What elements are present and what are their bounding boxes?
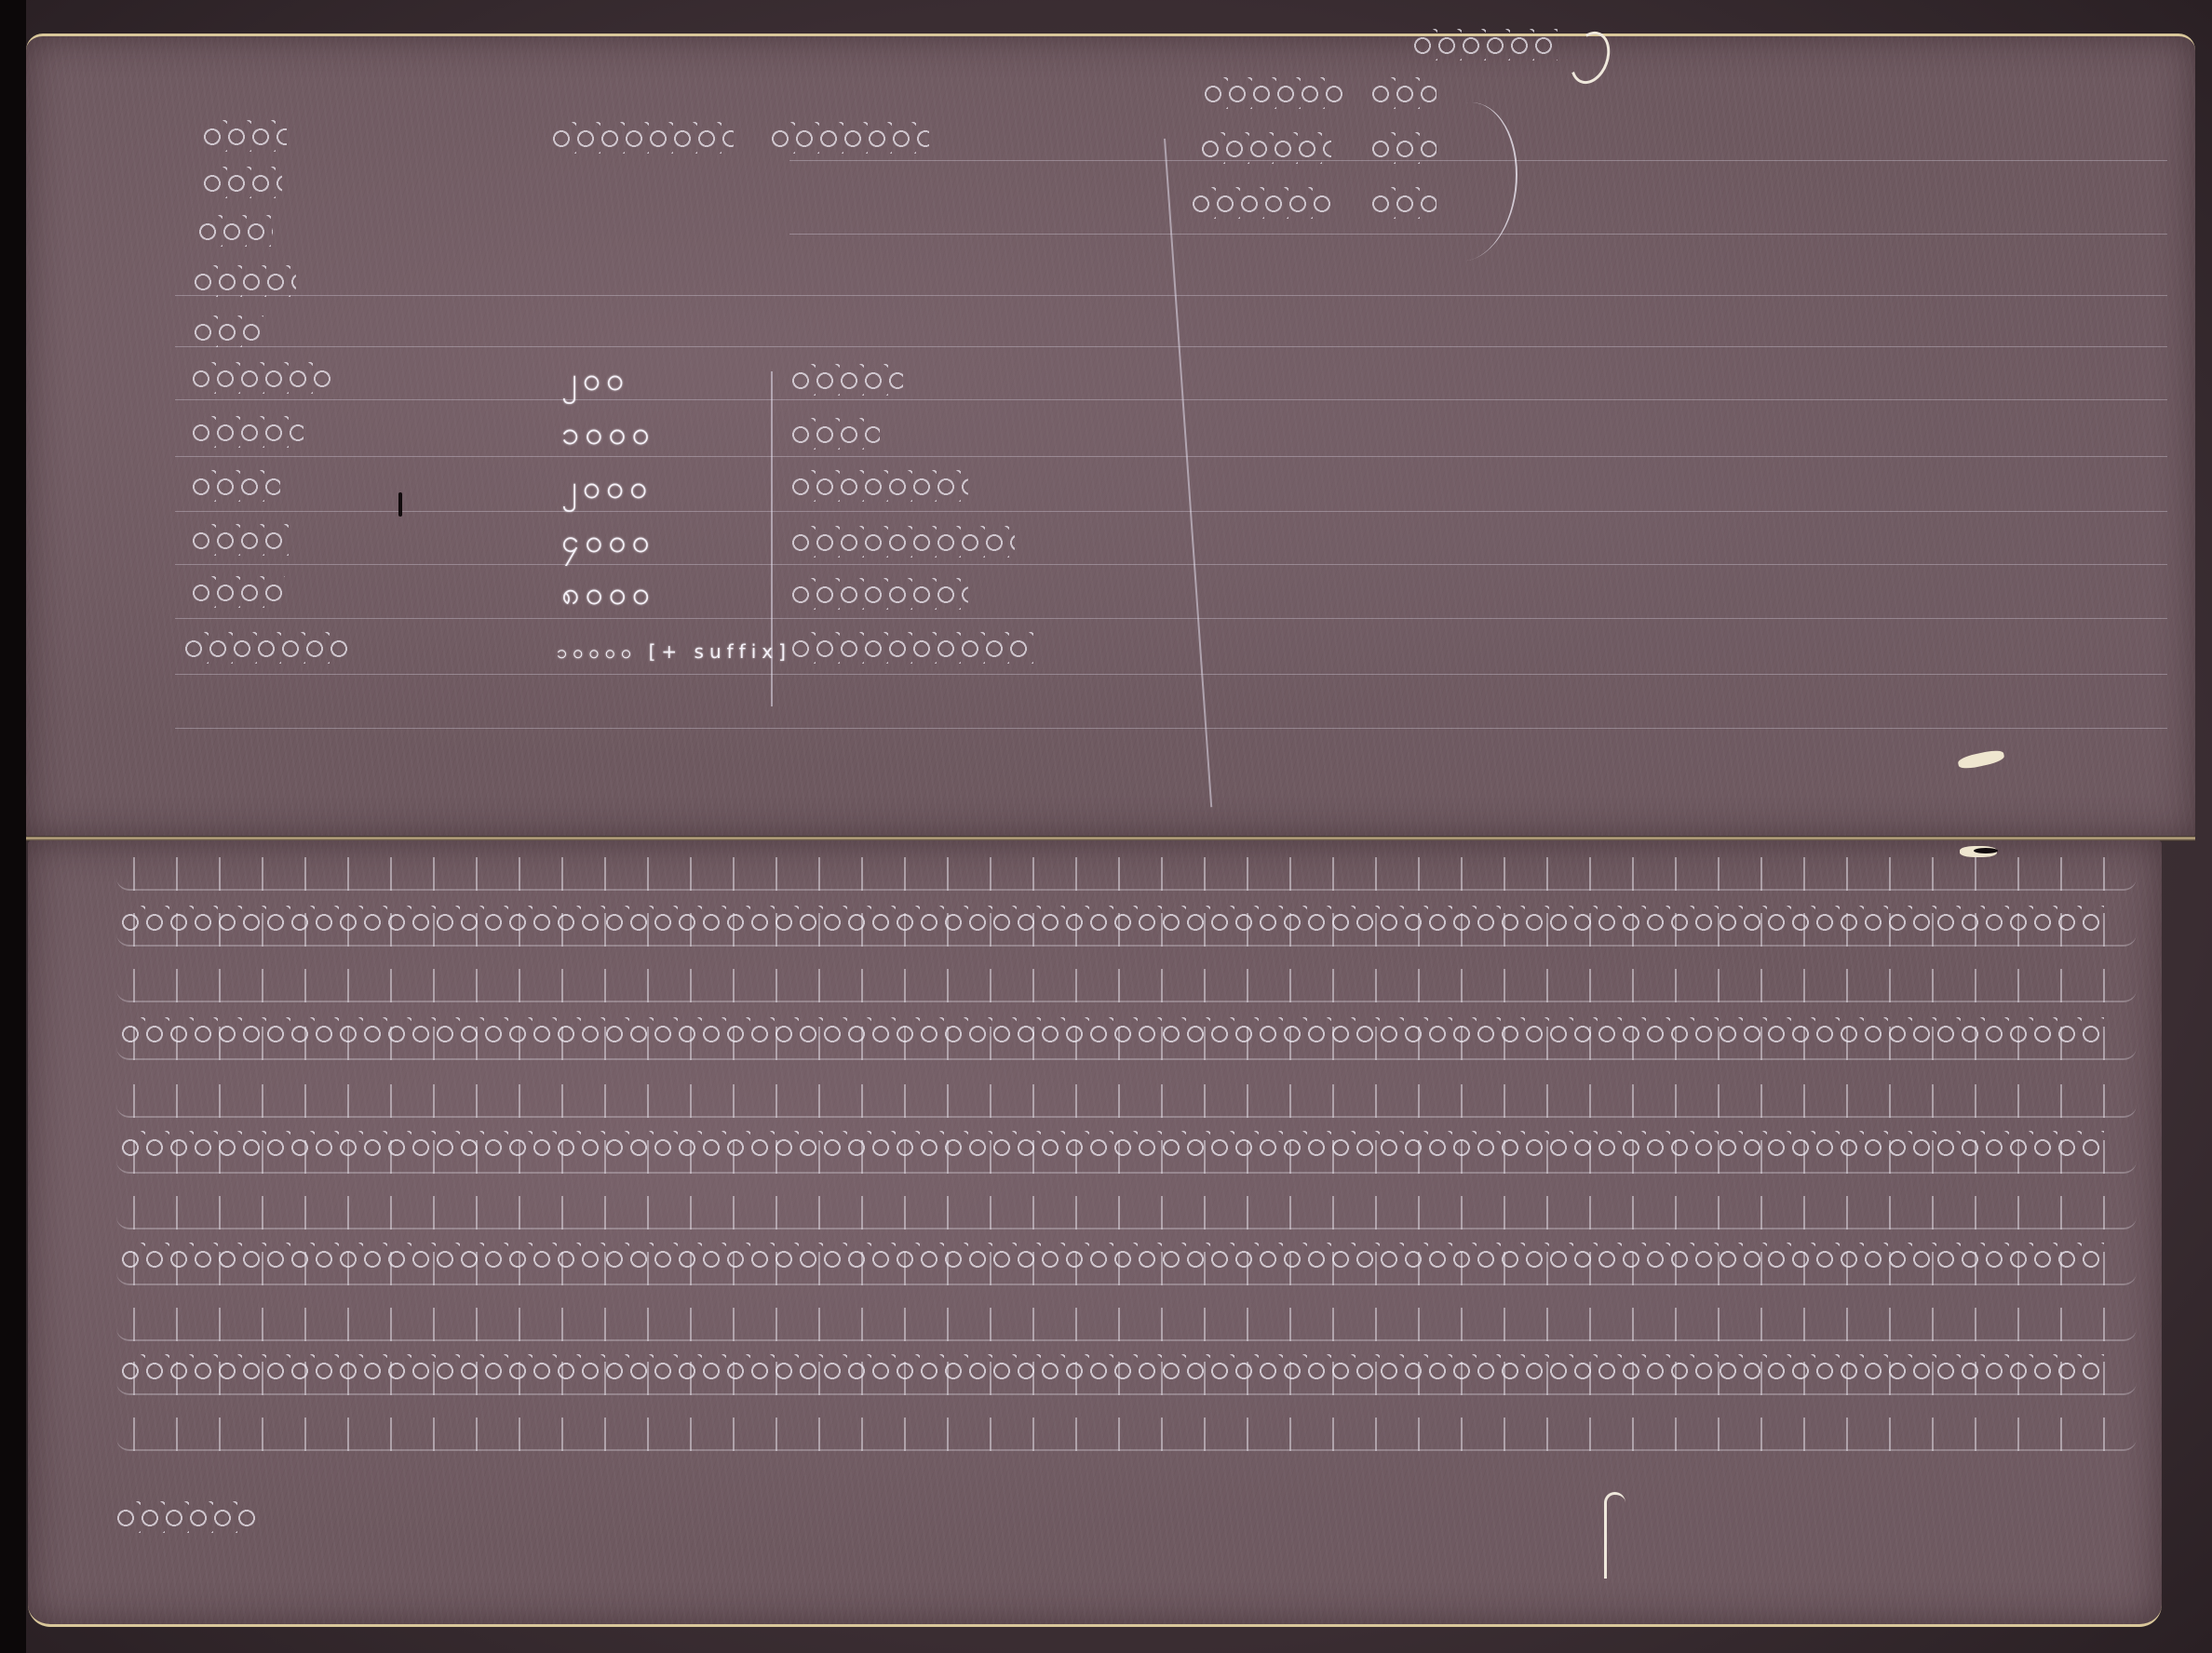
ruled-line (175, 399, 2167, 400)
list-item-label (198, 215, 273, 247)
ruled-line (175, 511, 2167, 512)
damage-mark (398, 492, 402, 517)
list-item-label (203, 167, 282, 198)
column-divider (1164, 139, 1212, 807)
closing-line (116, 1501, 256, 1533)
ink-mark (1563, 26, 1616, 89)
right-row-label (1201, 132, 1331, 164)
ruled-line (175, 618, 2167, 619)
amount-value: ၁၀၀၀ (561, 412, 655, 460)
list-item-label (203, 120, 287, 152)
list-item-label (192, 576, 285, 608)
note-script (791, 632, 1033, 664)
note-script (791, 418, 880, 450)
paper-chip (1957, 748, 2005, 771)
text-line (116, 1084, 2137, 1118)
ruled-line (175, 456, 2167, 457)
amount-value: ၄၀၀၀ (561, 520, 655, 568)
ruled-line (175, 728, 2167, 729)
manuscript-fold-top: [Burmese script heading - column 1] [Bur… (26, 34, 2195, 839)
list-item-label (194, 316, 263, 347)
right-row-label (1192, 187, 1331, 219)
note-script (791, 578, 968, 610)
list-item-label (192, 470, 280, 502)
text-line (116, 969, 2137, 1002)
text-line (116, 1308, 2137, 1341)
amount-value: ၂၀၀ (561, 358, 629, 406)
amount-value: ၁၀၀၀၀ [+ suffix] (557, 639, 791, 667)
amount-value: ၈၀၀၀ (561, 572, 655, 620)
right-row-value (1371, 132, 1436, 164)
right-block-heading (1413, 29, 1558, 60)
list-item-label (192, 362, 331, 394)
text-line (116, 1196, 2137, 1230)
left-shadow (0, 0, 26, 1653)
text-line-glyphs (121, 1354, 2104, 1382)
note-script (791, 364, 903, 396)
header-script-col2 (552, 122, 734, 154)
ruled-line (175, 346, 2167, 347)
note-script (791, 470, 968, 502)
right-row-value (1371, 187, 1436, 219)
list-item-label (194, 265, 296, 297)
list-item-label (192, 524, 290, 556)
text-line-glyphs (121, 1017, 2104, 1045)
ruled-line (175, 564, 2167, 565)
damage-mark (1974, 848, 1998, 853)
text-line-glyphs (121, 906, 2104, 934)
right-row-label (1204, 77, 1343, 109)
list-item-label (192, 416, 303, 448)
ruled-line (175, 295, 2167, 296)
list-item-label (184, 632, 347, 664)
ink-hook-mark (1604, 1492, 1625, 1579)
text-line (116, 857, 2137, 891)
ruled-line (175, 674, 2167, 675)
manuscript-fold-bottom: [Burmese running text line 1] [Burmese r… (28, 840, 2162, 1627)
text-line-glyphs (121, 1243, 2104, 1270)
text-line (116, 1418, 2137, 1451)
header-script-col3 (771, 122, 929, 154)
bracket-mark (1432, 96, 1517, 266)
right-row-value (1371, 77, 1436, 109)
note-script (791, 526, 1015, 558)
text-line-glyphs (121, 1131, 2104, 1159)
amount-value: ၂၀၀၀ (561, 466, 653, 514)
